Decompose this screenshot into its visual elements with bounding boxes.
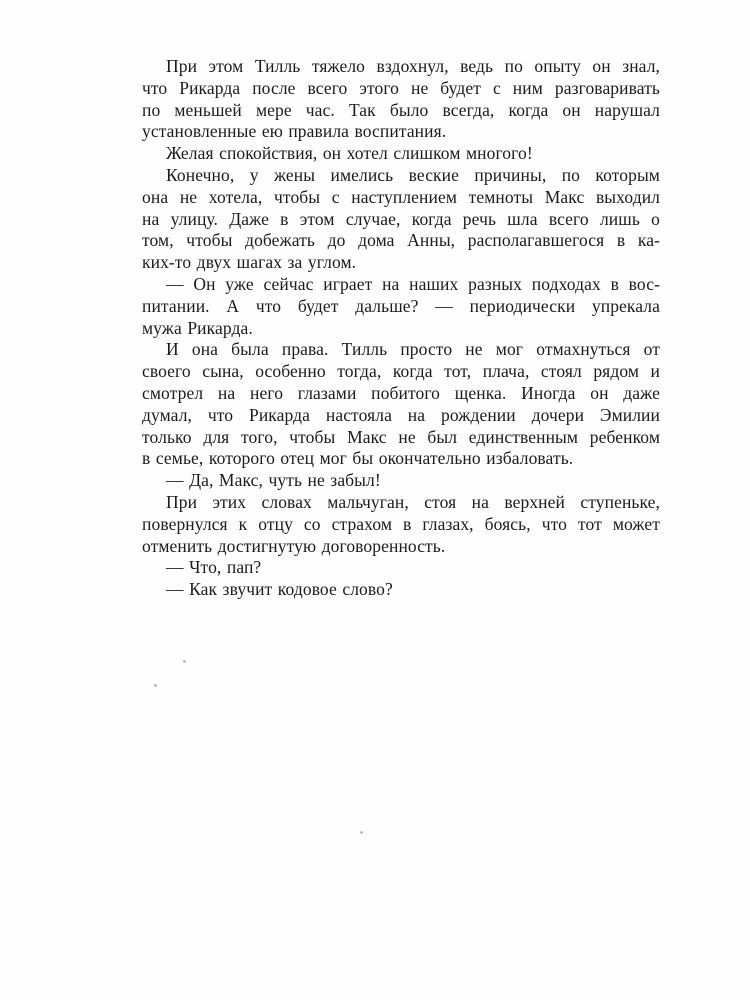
- scan-speck: [360, 831, 363, 834]
- text-line: том, чтобы добежать до дома Анны, распол…: [142, 230, 660, 252]
- text-line: — Как звучит кодовое слово?: [142, 579, 660, 601]
- text-line: она не хотела, чтобы с наступлением темн…: [142, 187, 660, 209]
- text-line: — Что, пап?: [142, 557, 660, 579]
- paragraph: Конечно, у жены имелись веские причины, …: [142, 165, 660, 274]
- text-line: Желая спокойствия, он хотел слишком мног…: [142, 143, 660, 165]
- text-line: питании. А что будет дальше? — периодиче…: [142, 296, 660, 318]
- text-line: повернулся к отцу со страхом в глазах, б…: [142, 514, 660, 536]
- text-line: думал, что Рикарда настояла на рождении …: [142, 405, 660, 427]
- text-line: в семье, которого отец мог бы окончатель…: [142, 448, 660, 470]
- paragraph: И она была права. Тилль просто не мог от…: [142, 339, 660, 470]
- paragraph: Желая спокойствия, он хотел слишком мног…: [142, 143, 660, 165]
- scan-speck: [154, 684, 157, 687]
- paragraph: — Что, пап?: [142, 557, 660, 579]
- text-line: мужа Рикарда.: [142, 318, 660, 340]
- text-line: что Рикарда после всего этого не будет с…: [142, 78, 660, 100]
- text-line: ких-то двух шагах за углом.: [142, 252, 660, 274]
- book-page: При этом Тилль тяжело вздохнул, ведь по …: [0, 0, 750, 1000]
- text-line: смотрел на него глазами побитого щенка. …: [142, 383, 660, 405]
- text-line: — Да, Макс, чуть не забыл!: [142, 470, 660, 492]
- text-line: И она была права. Тилль просто не мог от…: [142, 339, 660, 361]
- paragraph: — Он уже сейчас играет на наших разных п…: [142, 274, 660, 339]
- text-line: на улицу. Даже в этом случае, когда речь…: [142, 209, 660, 231]
- scan-speck: [183, 660, 186, 663]
- text-line: При этом Тилль тяжело вздохнул, ведь по …: [142, 56, 660, 78]
- paragraph: — Да, Макс, чуть не забыл!: [142, 470, 660, 492]
- text-line: — Он уже сейчас играет на наших разных п…: [142, 274, 660, 296]
- paragraph: При этих словах мальчуган, стоя на верхн…: [142, 492, 660, 557]
- text-line: по меньшей мере час. Так было всегда, ко…: [142, 100, 660, 122]
- text-line: только для того, чтобы Макс не был единс…: [142, 427, 660, 449]
- paragraph: При этом Тилль тяжело вздохнул, ведь по …: [142, 56, 660, 143]
- text-line: При этих словах мальчуган, стоя на верхн…: [142, 492, 660, 514]
- text-line: своего сына, особенно тогда, когда тот, …: [142, 361, 660, 383]
- paragraph: — Как звучит кодовое слово?: [142, 579, 660, 601]
- text-line: отменить достигнутую договоренность.: [142, 536, 660, 558]
- text-block: При этом Тилль тяжело вздохнул, ведь по …: [142, 56, 660, 601]
- text-line: установленные ею правила воспитания.: [142, 121, 660, 143]
- text-line: Конечно, у жены имелись веские причины, …: [142, 165, 660, 187]
